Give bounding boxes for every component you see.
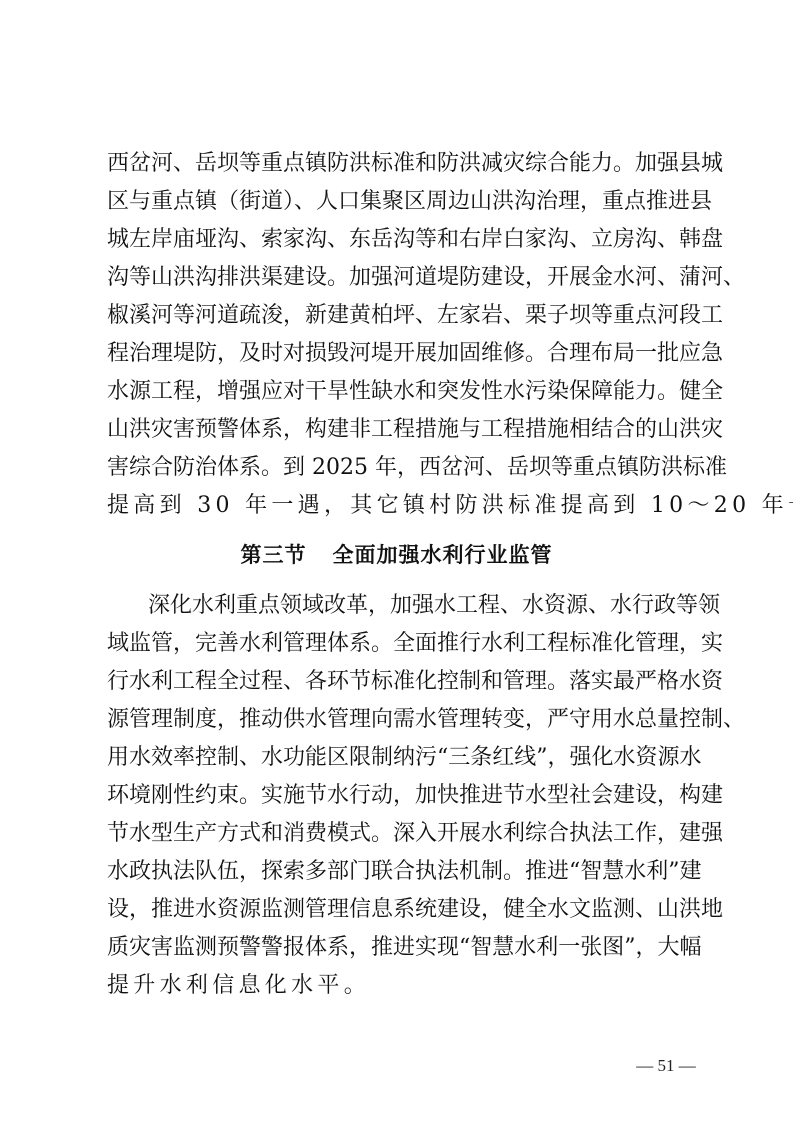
text-line: 源管理制度，推动供水管理向需水管理转变，严守用水总量控制、 xyxy=(107,703,701,737)
text-line: 害综合防治体系。到 2025 年，西岔河、岳坝等重点镇防洪标准 xyxy=(107,451,701,485)
section-heading: 第三节全面加强水利行业监管 xyxy=(0,538,793,572)
text-line: 椒溪河等河道疏浚，新建黄柏坪、左家岩、栗子坝等重点河段工 xyxy=(107,299,701,333)
text-line: 区与重点镇（街道）、人口集聚区周边山洪沟治理，重点推进县 xyxy=(107,185,701,219)
text-line: 行水利工程全过程、各环节标准化控制和管理。落实最严格水资 xyxy=(107,665,701,699)
text-line: 山洪灾害预警体系，构建非工程措施与工程措施相结合的山洪灾 xyxy=(107,413,701,447)
text-line: 沟等山洪沟排洪渠建设。加强河道堤防建设，开展金水河、蒲河、 xyxy=(107,261,701,295)
text-line: 西岔河、岳坝等重点镇防洪标准和防洪减灾综合能力。加强县城 xyxy=(107,147,701,181)
text-line: 水源工程，增强应对干旱性缺水和突发性水污染保障能力。健全 xyxy=(107,375,701,409)
text-line: 水政执法队伍，探索多部门联合执法机制。推进“智慧水利”建 xyxy=(107,855,701,889)
text-line: 深化水利重点领域改革，加强水工程、水资源、水行政等领 xyxy=(148,589,701,623)
text-line: 质灾害监测预警警报体系，推进实现“智慧水利一张图”，大幅 xyxy=(107,931,701,965)
text-line: 用水效率控制、水功能区限制纳污“三条红线”，强化水资源水 xyxy=(107,741,701,775)
text-line: 城左岸庙垭沟、索家沟、东岳沟等和右岸白家沟、立房沟、韩盘 xyxy=(107,223,701,257)
page-number: — 51 — xyxy=(630,1054,702,1078)
document-page: 西岔河、岳坝等重点镇防洪标准和防洪减灾综合能力。加强县城 区与重点镇（街道）、人… xyxy=(0,0,793,1122)
text-line: 设，推进水资源监测管理信息系统建设，健全水文监测、山洪地 xyxy=(107,893,701,927)
text-line: 提高到 30 年一遇，其它镇村防洪标准提高到 10～20 年一遇。 xyxy=(107,489,701,523)
section-title: 全面加强水利行业监管 xyxy=(333,543,553,567)
text-line: 域监管，完善水利管理体系。全面推行水利工程标准化管理，实 xyxy=(107,627,701,661)
text-line: 节水型生产方式和消费模式。深入开展水利综合执法工作，建强 xyxy=(107,817,701,851)
section-number: 第三节 xyxy=(241,543,307,567)
text-line: 提升水利信息化水平。 xyxy=(107,969,701,1003)
text-line: 程治理堤防，及时对损毁河堤开展加固维修。合理布局一批应急 xyxy=(107,337,701,371)
text-line: 环境刚性约束。实施节水行动，加快推进节水型社会建设，构建 xyxy=(107,779,701,813)
